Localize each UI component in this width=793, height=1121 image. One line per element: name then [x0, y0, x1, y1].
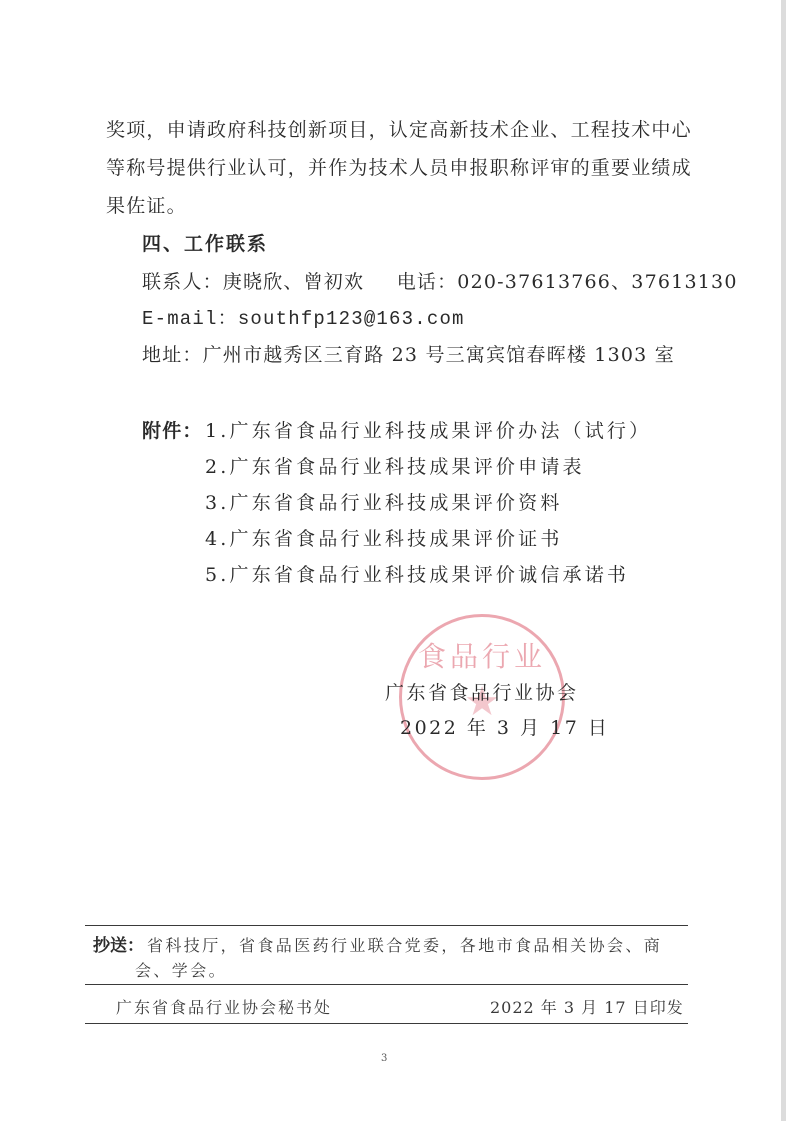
seal-text: 食品行业: [402, 635, 562, 675]
divider: [85, 925, 688, 926]
attachments-label: 附件：: [142, 419, 203, 443]
contact-address: 地址：广州市越秀区三育路 23 号三寓宾馆春晖楼 1303 室: [142, 343, 675, 367]
contact-email-line: E-mail：southfp123@163.com: [142, 306, 465, 331]
contact-persons-text: 联系人：庚晓欣、曾初欢: [142, 271, 364, 293]
section-heading: 四、工作联系: [142, 232, 268, 256]
email-label: E-mail：: [142, 308, 238, 330]
email-address: southfp123@163.com: [238, 308, 465, 330]
attachment-item: 3.广东省食品行业科技成果评价资料: [205, 491, 563, 515]
cc-label: 抄送：: [93, 931, 144, 956]
attachment-item: 5.广东省食品行业科技成果评价诚信承诺书: [205, 563, 629, 587]
page-number: 3: [381, 1053, 387, 1064]
attachment-item: 2.广东省食品行业科技成果评价申请表: [205, 455, 585, 479]
paragraph-line: 果佐证。: [106, 194, 187, 218]
scan-edge: [781, 0, 786, 1121]
divider: [85, 1023, 688, 1024]
issue-date: 2022 年 3 月 17 日印发: [490, 995, 684, 1018]
cc-recipients-line2: 会、学会。: [135, 958, 227, 981]
cc-recipients-line1: 省科技厅，省食品医药行业联合党委，各地市食品相关协会、商: [147, 933, 662, 956]
signature-organization: 广东省食品行业协会: [385, 678, 579, 705]
contact-persons: 联系人：庚晓欣、曾初欢 电话：020-37613766、37613130: [142, 270, 738, 294]
paragraph-line: 等称号提供行业认可，并作为技术人员申报职称评审的重要业绩成: [106, 156, 692, 180]
paragraph-line: 奖项，申请政府科技创新项目，认定高新技术企业、工程技术中心: [106, 118, 692, 142]
attachment-item: 1.广东省食品行业科技成果评价办法（试行）: [205, 419, 651, 443]
attachment-item: 4.广东省食品行业科技成果评价证书: [205, 527, 563, 551]
contact-phone: 电话：020-37613766、37613130: [397, 271, 738, 293]
issuer: 广东省食品行业协会秘书处: [116, 995, 332, 1018]
divider: [85, 984, 688, 985]
signature-date: 2022 年 3 月 17 日: [400, 713, 609, 740]
